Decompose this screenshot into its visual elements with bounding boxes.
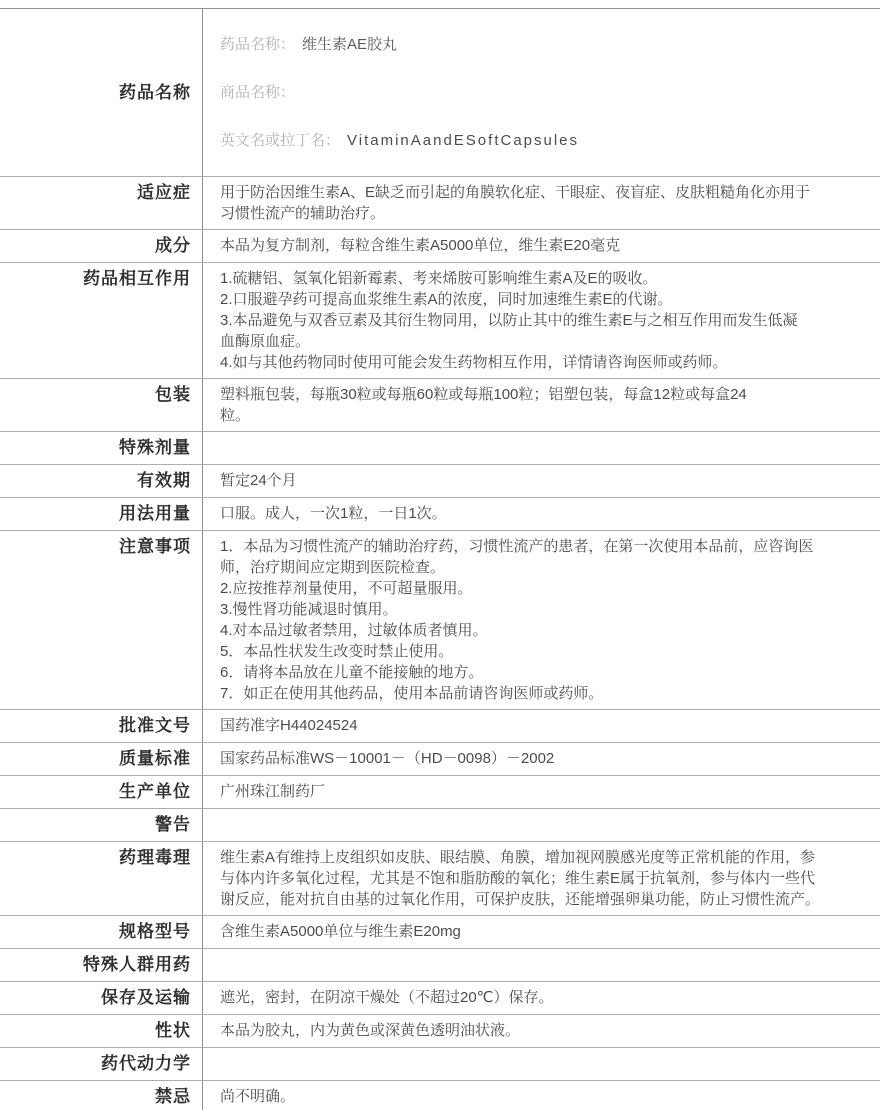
row-label-storage-transport: 保存及运输 xyxy=(0,982,203,1014)
row-label-packaging: 包装 xyxy=(0,379,203,431)
row-label-approval-number: 批准文号 xyxy=(0,710,203,742)
table-row-description: 性状 本品为胶丸，内为黄色或深黄色透明油状液。 xyxy=(0,1015,880,1048)
table-row-precautions: 注意事项 1．本品为习惯性流产的辅助治疗药，习惯性流产的患者，在第一次使用本品前… xyxy=(0,531,880,710)
row-label-pharmacology-toxicology: 药理毒理 xyxy=(0,842,203,915)
row-content-description: 本品为胶丸，内为黄色或深黄色透明油状液。 xyxy=(203,1015,880,1047)
drug-name-field-label: 药品名称： xyxy=(220,36,295,53)
row-label-shelf-life: 有效期 xyxy=(0,465,203,497)
row-content-approval-number: 国药准字H44024524 xyxy=(203,710,880,742)
row-content-dosage-usage: 口服。成人，一次1粒，一日1次。 xyxy=(203,498,880,530)
row-content-ingredients: 本品为复方制剂，每粒含维生素A5000单位，维生素E20毫克 xyxy=(203,230,880,262)
table-row-quality-standard: 质量标准 国家药品标准WS－10001－（HD－0098）－2002 xyxy=(0,743,880,776)
row-content-manufacturer: 广州珠江制药厂 xyxy=(203,776,880,808)
row-label-specification: 规格型号 xyxy=(0,916,203,948)
table-row-shelf-life: 有效期 暂定24个月 xyxy=(0,465,880,498)
table-row-pharmacology-toxicology: 药理毒理 维生素A有维持上皮组织如皮肤、眼结膜、角膜，增加视网膜感光度等正常机能… xyxy=(0,842,880,916)
row-content-quality-standard: 国家药品标准WS－10001－（HD－0098）－2002 xyxy=(203,743,880,775)
trade-name-field-label: 商品名称： xyxy=(220,84,295,101)
table-row-drug-interactions: 药品相互作用 1.硫糖铝、氢氧化铝新霉素、考来烯胺可影响维生素A及E的吸收。 2… xyxy=(0,263,880,379)
row-content-drug-name: 药品名称：维生素AE胶丸 商品名称： 英文名或拉丁名：VitaminAandES… xyxy=(203,9,880,176)
english-name-line: 英文名或拉丁名：VitaminAandESoftCapsules xyxy=(220,127,866,154)
row-label-warning: 警告 xyxy=(0,809,203,841)
drug-name-field-value: 维生素AE胶丸 xyxy=(302,36,397,53)
row-content-contraindications: 尚不明确。 xyxy=(203,1081,880,1110)
row-content-warning xyxy=(203,809,880,841)
table-row-special-populations: 特殊人群用药 xyxy=(0,949,880,982)
row-content-specification: 含维生素A5000单位与维生素E20mg xyxy=(203,916,880,948)
table-row-approval-number: 批准文号 国药准字H44024524 xyxy=(0,710,880,743)
drug-info-table: 药品名称 药品名称：维生素AE胶丸 商品名称： 英文名或拉丁名：VitaminA… xyxy=(0,8,880,1110)
row-content-special-dosage xyxy=(203,432,880,464)
row-content-storage-transport: 遮光，密封，在阴凉干燥处（不超过20℃）保存。 xyxy=(203,982,880,1014)
table-row-manufacturer: 生产单位 广州珠江制药厂 xyxy=(0,776,880,809)
drug-name-line: 药品名称：维生素AE胶丸 xyxy=(220,31,866,58)
row-label-contraindications: 禁忌 xyxy=(0,1081,203,1110)
table-row-warning: 警告 xyxy=(0,809,880,842)
english-name-field-value: VitaminAandESoftCapsules xyxy=(347,132,579,149)
row-content-drug-interactions: 1.硫糖铝、氢氧化铝新霉素、考来烯胺可影响维生素A及E的吸收。 2.口服避孕药可… xyxy=(203,263,880,378)
row-label-description: 性状 xyxy=(0,1015,203,1047)
row-content-packaging: 塑料瓶包装，每瓶30粒或每瓶60粒或每瓶100粒；铝塑包装，每盒12粒或每盒24… xyxy=(203,379,880,431)
trade-name-line: 商品名称： xyxy=(220,79,866,106)
row-content-indications: 用于防治因维生素A、E缺乏而引起的角膜软化症、干眼症、夜盲症、皮肤粗糙角化亦用于… xyxy=(203,177,880,229)
table-row-indications: 适应症 用于防治因维生素A、E缺乏而引起的角膜软化症、干眼症、夜盲症、皮肤粗糙角… xyxy=(0,177,880,230)
row-content-shelf-life: 暂定24个月 xyxy=(203,465,880,497)
english-name-field-label: 英文名或拉丁名： xyxy=(220,132,340,149)
table-row-special-dosage: 特殊剂量 xyxy=(0,432,880,465)
row-label-drug-interactions: 药品相互作用 xyxy=(0,263,203,378)
row-label-dosage-usage: 用法用量 xyxy=(0,498,203,530)
table-row-ingredients: 成分 本品为复方制剂，每粒含维生素A5000单位，维生素E20毫克 xyxy=(0,230,880,263)
table-row-contraindications: 禁忌 尚不明确。 xyxy=(0,1081,880,1110)
table-row-packaging: 包装 塑料瓶包装，每瓶30粒或每瓶60粒或每瓶100粒；铝塑包装，每盒12粒或每… xyxy=(0,379,880,432)
row-label-manufacturer: 生产单位 xyxy=(0,776,203,808)
row-label-precautions: 注意事项 xyxy=(0,531,203,709)
row-label-ingredients: 成分 xyxy=(0,230,203,262)
row-content-pharmacology-toxicology: 维生素A有维持上皮组织如皮肤、眼结膜、角膜，增加视网膜感光度等正常机能的作用，参… xyxy=(203,842,880,915)
row-label-drug-name: 药品名称 xyxy=(0,9,203,176)
table-row-pharmacokinetics: 药代动力学 xyxy=(0,1048,880,1081)
row-label-indications: 适应症 xyxy=(0,177,203,229)
row-content-pharmacokinetics xyxy=(203,1048,880,1080)
table-row-specification: 规格型号 含维生素A5000单位与维生素E20mg xyxy=(0,916,880,949)
row-content-special-populations xyxy=(203,949,880,981)
row-label-special-dosage: 特殊剂量 xyxy=(0,432,203,464)
table-row-drug-name: 药品名称 药品名称：维生素AE胶丸 商品名称： 英文名或拉丁名：VitaminA… xyxy=(0,9,880,177)
row-label-special-populations: 特殊人群用药 xyxy=(0,949,203,981)
row-label-pharmacokinetics: 药代动力学 xyxy=(0,1048,203,1080)
row-label-quality-standard: 质量标准 xyxy=(0,743,203,775)
row-content-precautions: 1．本品为习惯性流产的辅助治疗药，习惯性流产的患者，在第一次使用本品前，应咨询医… xyxy=(203,531,880,709)
table-row-dosage-usage: 用法用量 口服。成人，一次1粒，一日1次。 xyxy=(0,498,880,531)
table-row-storage-transport: 保存及运输 遮光，密封，在阴凉干燥处（不超过20℃）保存。 xyxy=(0,982,880,1015)
page: 药品名称 药品名称：维生素AE胶丸 商品名称： 英文名或拉丁名：VitaminA… xyxy=(0,0,880,1110)
